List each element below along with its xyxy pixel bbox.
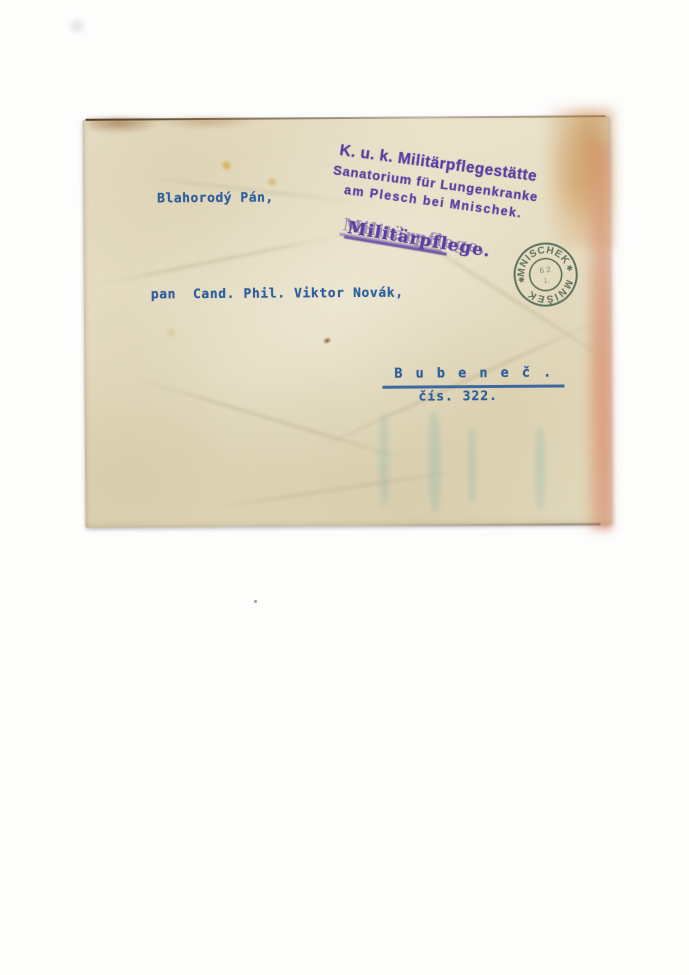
stain-top-edge (157, 117, 257, 130)
sender-handstamp: K. u. k. Militärpflegestätte Sanatorium … (319, 138, 553, 226)
background-smudge (66, 18, 88, 34)
postmark-date-line2: 1. (543, 277, 550, 285)
typed-city-underline (382, 384, 564, 388)
typed-house-number: čís. 322. (418, 389, 498, 405)
stain-right-edge (577, 141, 614, 531)
yellow-spot (164, 327, 178, 338)
paper-crease (96, 234, 342, 286)
scanner-background: K. u. k. Militärpflegestätte Sanatorium … (0, 0, 689, 975)
brown-speck (322, 337, 333, 345)
background-speck (254, 600, 257, 603)
ink-bleed-streak (428, 411, 442, 511)
yellow-spot (267, 176, 277, 187)
envelope: K. u. k. Militärpflegestätte Sanatorium … (83, 116, 612, 528)
ink-bleed-streak (379, 414, 390, 506)
postmark: MNISCHEK MNÍŠEK ✱ ✱ 6 2 1. (496, 225, 594, 323)
yellow-spot (221, 159, 232, 172)
typed-addressee: pan Cand. Phil. Viktor Novák, (151, 286, 404, 303)
paper-crease (309, 314, 611, 453)
ink-bleed-streak (535, 427, 546, 511)
stain-top-left-edge (89, 117, 163, 134)
paper-crease (206, 469, 464, 510)
postmark-date-line1: 6 2 (539, 265, 552, 275)
typed-salutation: Blahorodý Pán, (157, 191, 274, 207)
militaerpflege-handstamp: Militärpflege. (346, 218, 492, 262)
typed-city: B u b e n e č . (394, 365, 554, 382)
ink-bleed-streak (468, 427, 477, 503)
